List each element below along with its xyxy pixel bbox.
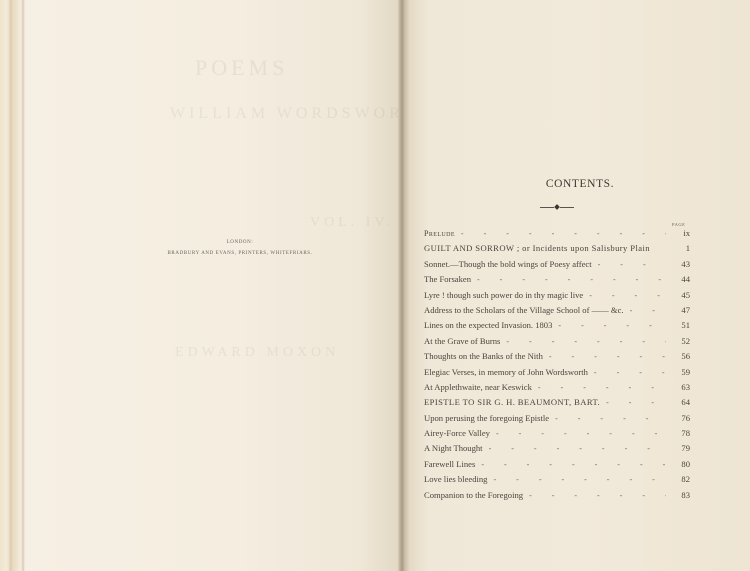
bleed-through-text: VOL. IV. [310, 215, 394, 231]
entry-title: At Applethwaite, near Keswick [424, 382, 532, 392]
entry-page: 64 [672, 397, 690, 407]
entry-page: 43 [672, 259, 690, 269]
entry-title: At the Grave of Burns [424, 336, 500, 346]
entry-page: 83 [672, 490, 690, 500]
toc-entry: EPISTLE TO SIR G. H. BEAUMONT, BART.- - … [424, 397, 690, 412]
bleed-through-text: EDWARD MOXON [175, 345, 339, 361]
entry-title: A Night Thought [424, 443, 483, 453]
diamond-icon [554, 204, 560, 210]
toc-entry: Thoughts on the Banks of the Nith- - - -… [424, 351, 690, 366]
entry-page: 78 [672, 428, 690, 438]
entry-page: 80 [672, 459, 690, 469]
entry-page: 56 [672, 351, 690, 361]
toc-entry: Farewell Lines- - - - - - - - - -80 [424, 459, 690, 474]
table-of-contents: Prelude- - - - - - - - - -ix GUILT AND S… [424, 228, 690, 505]
entry-title: Companion to the Foregoing [424, 490, 523, 500]
bleed-through-text: WILLIAM WORDSWORTH [170, 105, 432, 123]
entry-page: 44 [672, 274, 690, 284]
bleed-through-text: POEMS [195, 55, 288, 81]
toc-entry: Lines on the expected Invasion. 1803- - … [424, 320, 690, 335]
imprint-printer: BRADBURY AND EVANS, PRINTERS, WHITEFRIAR… [140, 251, 340, 256]
entry-page: 1 [672, 243, 690, 253]
entry-title: EPISTLE TO SIR G. H. BEAUMONT, BART. [424, 397, 600, 407]
entry-page: 82 [672, 474, 690, 484]
entry-page: 76 [672, 413, 690, 423]
toc-entry: Elegiac Verses, in memory of John Wordsw… [424, 367, 690, 382]
entry-page: ix [672, 228, 690, 238]
toc-entry: GUILT AND SORROW ; or Incidents upon Sal… [424, 243, 690, 258]
entry-title: Thoughts on the Banks of the Nith [424, 351, 543, 361]
entry-page: 63 [672, 382, 690, 392]
entry-page: 47 [672, 305, 690, 315]
toc-entry: Prelude- - - - - - - - - -ix [424, 228, 690, 243]
toc-entry: A Night Thought- - - - - - - - - -79 [424, 443, 690, 458]
entry-page: 52 [672, 336, 690, 346]
entry-title: Airey-Force Valley [424, 428, 490, 438]
toc-entry: Address to the Scholars of the Village S… [424, 305, 690, 320]
entry-page: 45 [672, 290, 690, 300]
page-column-label: PAGE [672, 222, 685, 227]
entry-title: The Forsaken [424, 274, 471, 284]
book-gutter [398, 0, 410, 571]
entry-title: GUILT AND SORROW ; or Incidents upon Sal… [424, 243, 650, 253]
entry-page: 51 [672, 320, 690, 330]
imprint-city: LONDON: [140, 240, 340, 245]
entry-title: Farewell Lines [424, 459, 475, 469]
entry-title: Address to the Scholars of the Village S… [424, 305, 624, 315]
toc-entry: Lyre ! though such power do in thy magic… [424, 290, 690, 305]
toc-entry: At Applethwaite, near Keswick- - - - - -… [424, 382, 690, 397]
toc-entry: Upon perusing the foregoing Epistle- - -… [424, 413, 690, 428]
toc-entry: Sonnet.—Though the bold wings of Poesy a… [424, 259, 690, 274]
entry-title: Upon perusing the foregoing Epistle [424, 413, 549, 423]
entry-title: Love lies bleeding [424, 474, 487, 484]
toc-entry: The Forsaken- - - - - - - - - -44 [424, 274, 690, 289]
contents-heading: CONTENTS. [410, 178, 750, 190]
entry-title: Prelude [424, 229, 455, 238]
toc-entry: Love lies bleeding- - - - - - - - - -82 [424, 474, 690, 489]
toc-entry: At the Grave of Burns- - - - - - - - - -… [424, 336, 690, 351]
entry-page: 79 [672, 443, 690, 453]
page-edges [8, 0, 26, 571]
left-page: POEMS WILLIAM WORDSWORTH VOL. IV. EDWARD… [0, 0, 400, 571]
entry-page: 59 [672, 367, 690, 377]
entry-title: Elegiac Verses, in memory of John Wordsw… [424, 367, 588, 377]
entry-title: Lyre ! though such power do in thy magic… [424, 290, 583, 300]
book-spread: POEMS WILLIAM WORDSWORTH VOL. IV. EDWARD… [0, 0, 750, 571]
toc-entry: Companion to the Foregoing- - - - - - - … [424, 490, 690, 505]
toc-entry: Airey-Force Valley- - - - - - - - - -78 [424, 428, 690, 443]
entry-title: Sonnet.—Though the bold wings of Poesy a… [424, 259, 592, 269]
entry-title: Lines on the expected Invasion. 1803 [424, 320, 552, 330]
ornament-divider [540, 203, 574, 211]
